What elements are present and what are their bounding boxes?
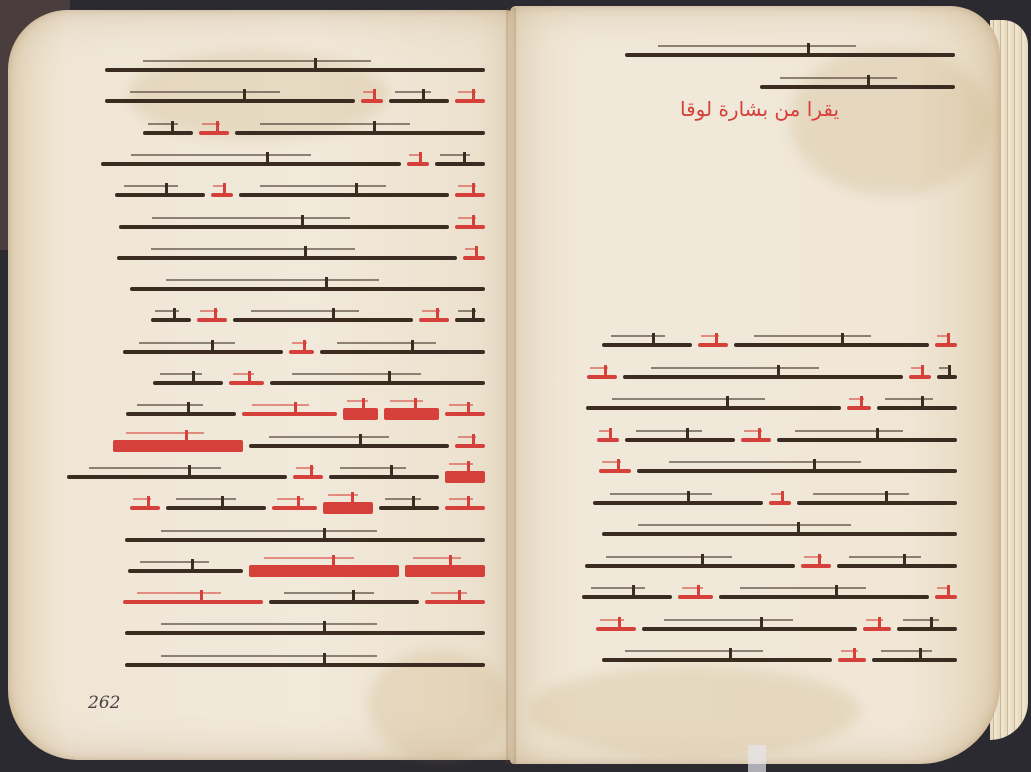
ink-text	[125, 631, 485, 635]
rubric-text	[361, 99, 383, 103]
rubric-text	[587, 375, 617, 379]
rubric-text	[935, 595, 957, 599]
ink-text	[642, 627, 857, 631]
ink-text	[270, 381, 485, 385]
ink-text	[586, 406, 841, 410]
line-text: ܡܐ: ܢܫܡܐ ܕܐܝܠܕ ܐܗܡܥܝܐ ܨܚܘ ܡܒ. ܡܢ	[956, 597, 957, 598]
ink-text	[797, 501, 957, 505]
manuscript-line: ܢܚܐ ܨܚܘ ܣܕ ܚܬܐ. ܡܢ ܡܚܡ. ܐܡܪ ܨܚܘ	[151, 310, 485, 330]
rubric-text	[445, 471, 485, 483]
manuscript-line: ܚ: ܐ: ܘܡܚܕ ܩܠܝܡܬܐ ܐܚܕܪ ܘܡܫܡܗ ܨܚܘ	[587, 367, 957, 387]
folio-number: 262	[88, 693, 120, 713]
ink-text	[582, 595, 672, 599]
rubric-text	[455, 444, 485, 448]
ink-text	[602, 532, 957, 536]
ink-text	[115, 193, 205, 197]
line-text: ܗ: ܩܠܝܡܬܐ ܣܡܘܕܐܡܗ: ܨܚܘ ܕܐ: ܕܡܥܕܢ	[956, 345, 957, 346]
ink-text	[593, 501, 763, 505]
rubric-text	[863, 627, 891, 631]
ink-text	[125, 538, 485, 542]
manuscript-line: ܚܡܐ ܡܚܕܗܣܡܗ. ܨܚܘ ܕ. ܕܐܠܡܗ: ܠ:	[597, 430, 957, 450]
rubric-text	[801, 564, 831, 568]
manuscript-line: ܡܥܕܐ ܚܥܕܡܐ: ܡܕ: ܡܢ ܠܡܨܐ:	[125, 530, 485, 550]
rubric-text	[197, 318, 227, 322]
manuscript-line: ܕ. ܕܐܠܡܗ: ܡܕ: ܘܡܚܕ ܣܡܚܬܐ ܕܗܢܐ.	[602, 650, 957, 670]
ink-text	[125, 663, 485, 667]
manuscript-line: ܨܚܘ ܡܥܕ ܕܡܠܐ. ܚܡܡܗ ܕ: ܚܐܠ ܕܫܬܐ:	[119, 217, 485, 237]
ink-text	[119, 225, 449, 229]
line-text: ܚ: ܐ: ܘܡܚܕ ܩܠܝܡܬܐ ܐܚܕܪ ܘܡܫܡܗ ܨܚܘ	[956, 376, 957, 377]
rubric-text	[455, 99, 485, 103]
ink-text	[602, 658, 832, 662]
rubric-text	[597, 438, 619, 442]
rubric-text	[909, 375, 931, 379]
rubric-text	[123, 600, 263, 604]
ink-text	[625, 438, 735, 442]
line-text: ܕ: ܕܐܠܡܗ: ܣܐ: ܢܫܡܐ ܐܚܐ ܚܡܝܫܐ. ܘܕܝܢ	[956, 408, 957, 409]
ink-text	[166, 506, 266, 510]
rubric-text	[211, 193, 233, 197]
manuscript-line: ܢܫܐ ܠܚܘܬܗܘܢ. ܣܢܡ ܚܡܕ ܚܡܣܡ ܚܒ.	[625, 45, 955, 65]
manuscript-line: ܐܗܡܠܥܡܗ. ܨܚܘ ܥܕܡܐ. ܕ. ܡ ܠܡܨܐ:	[585, 556, 957, 576]
rubric-text	[455, 225, 485, 229]
ink-text	[123, 350, 283, 354]
rubric-text	[407, 162, 429, 166]
manuscript-line: ܥܕܡܐ. ܡܐ. ܡܢ ܠܡܨܐ: ܣܐ: ܡܩܕܘܐ ܘܐܫܡܥܘ.	[123, 342, 485, 362]
rubric-text	[741, 438, 771, 442]
ink-text	[329, 475, 439, 479]
ink-text	[435, 162, 485, 166]
manuscript-line: ܣܐܡܕܠ: ܡܕ: ܩܠܝܡܬܐ ܐܗܡܕܕܡ ܨܚܘ	[596, 619, 957, 639]
ink-text	[105, 68, 485, 72]
water-stain	[530, 666, 860, 756]
rubric-text	[323, 502, 373, 514]
ink-text	[625, 53, 955, 57]
line-text: ܥܕܡܐ. ܡܐ. ܡܢ ܠܡܨܐ: ܣܐ: ܡܩܕܘܐ ܘܐܫܡܥܘ.	[484, 351, 485, 352]
line-text: ܐܗܡܠܥܡܗ. ܨܚܘ ܥܕܡܐ. ܕ. ܡ ܠܡܨܐ:	[956, 565, 957, 566]
manuscript-line: ܡܨܘ ܥܕܡܐ ܟ: ܕܨܕܡ ܡܠܐ ܡܥܕ:	[126, 404, 485, 424]
rubric-text	[847, 406, 871, 410]
ink-text	[937, 375, 957, 379]
ink-text	[67, 475, 287, 479]
rubric-text	[445, 412, 485, 416]
line-text: ܡܐ: ܕܢܫܡܐ ܘܚܡܕܝܐ ܘܡܥܒܕܗ ܡܫܡܢ. ܘܐܠܝ	[484, 257, 485, 258]
rubric-text	[599, 469, 631, 473]
line-text: ܐܠܡܗ: ܡܗ: ܩܠܝܡܬܐ ܘܡܫܡܘܐ ܐܠܗܐ ܐܝܟ ܡܘܫܐ.	[484, 163, 485, 164]
manuscript-line: ܐܘܪܗܝܐ ܠܡܫܟܐ. ܘܐܫܠܡ ܠܡܫܟܐ. ܘܡܬܩܪܝܢ.	[105, 60, 485, 80]
rubric-text	[272, 506, 317, 510]
line-text: ܥܕܡܐ. ܗ. ܡܢ ܠܡܨܐ: ܡܐ: ܡܩܕܘܐ ܚܡܫܐ.	[956, 502, 957, 503]
line-text: ܣܒ ܚܬܚܕ ܟ: ܘܐܬܩܠܐ:	[484, 570, 485, 571]
ink-text	[153, 381, 223, 385]
manuscript-line: ܘܐܦ ܚܡܕܐܣܗ. ܘܐܚܕ ܐܚܡܗ. ܘܢܫܡܐ	[602, 524, 957, 544]
ink-text	[760, 85, 955, 89]
manuscript-line: ܗ: ܩܠܝܡܬܐ ܣܡܘܕܐܡܗ: ܨܚܘ ܕܐ: ܕܡܥܕܢ	[602, 335, 957, 355]
line-text: ܘܡܠܡܘܗ ܡܬܩܪܝܢ: ܨܚܘ ܡܒ: ܚܣܡܢ	[484, 383, 485, 384]
rubric-text	[113, 440, 243, 452]
ink-text	[269, 600, 419, 604]
rubric-text	[130, 506, 160, 510]
manuscript-line: ܚܐܐ ܘܐܠܥܕܡܗ ܘܡܠܡܕ ܡܚܣܢܐ.	[125, 623, 485, 643]
manuscript-line: ܐܠܡܗ: ܡܗ: ܩܠܝܡܬܐ ܘܡܫܡܘܐ ܐܠܗܐ ܐܝܟ ܡܘܫܐ.	[101, 154, 485, 174]
ink-text	[130, 287, 485, 291]
rubric-text	[343, 408, 378, 420]
rubric-text	[698, 343, 728, 347]
manuscript-line: ܬܠܬܐ ܢܫܡܐ ܡܚܕܐ ܘܡܥܠܡܐ. ܘܕܝܠܗ	[130, 279, 485, 299]
ink-text	[105, 99, 355, 103]
line-text: ܨܚܘ ܥܕܡܐ. ܡܐ. ܡܢ ܠܡܨܐ: ܣܒܚܘ	[484, 445, 485, 446]
ink-text	[126, 412, 236, 416]
ink-text	[837, 564, 957, 568]
rubric-text	[229, 381, 264, 385]
ink-text	[777, 438, 957, 442]
line-text: ܡܨܘ ܥܕܡܐ ܟ: ܕܨܕܡ ܡܠܐ ܡܥܕ:	[484, 414, 485, 415]
line-text: ܘܨܕܡ ܚܐܕܐ ܘܚܡܢ ܡܠܐ ܡܥܕ ܡܢ ܡܡܗܐ:	[484, 602, 485, 603]
paper-tab	[748, 745, 766, 772]
rubric-text	[384, 408, 439, 420]
line-text: ܚܡܐ ܡܚܕܗܣܡܗ. ܨܚܘ ܕ. ܕܐܠܡܗ: ܠ:	[956, 439, 957, 440]
rubric-text	[935, 343, 957, 347]
manuscript-line: ܟ: ܘܨܕܡ ܡܠܐ: ܨܚܘ ܣܕ ܚܬܐ. ܡܐ. ܡܢ ܠܡܨܐ	[67, 467, 485, 487]
line-text: ܢܚܐ ܨܚܘ ܣܕ ܚܬܐ. ܡܢ ܡܚܡ. ܐܡܪ ܨܚܘ	[484, 320, 485, 321]
ink-text	[877, 406, 957, 410]
manuscript-line: ܨܚܘ ܥܕܡܐ. ܡܐ. ܡܢ ܠܡܨܐ: ܣܒܚܘ	[113, 436, 485, 456]
manuscript-line: ܡܨܘ ܥܕܡܐ ܟ: ܘܨܕܡ ܚܡܢ ܡܠܐ ܨܚܘ	[130, 498, 485, 518]
ink-text	[101, 162, 401, 166]
water-stain	[790, 46, 990, 196]
manuscript-line: ܣܒ ܚܬܚܕ ܟ: ܘܐܬܩܠܐ:	[128, 561, 485, 581]
rubric-text	[289, 350, 314, 354]
ink-text	[734, 343, 929, 347]
rubric-text	[419, 318, 449, 322]
rubric-text	[769, 501, 791, 505]
line-text: ܘܡܕܝܢܐ ܦܠܝܫܝܢ. ܘܝܚܐ ܕܐ. ܨܚܘ ܚܘ. ܡ	[484, 132, 485, 133]
manuscript-line: ܕܠܗ ܘܫܝܐ ܐܕܡܫܐ ܚܡܠܕܐ ܐܠܗܐ: ܨܚܘ	[599, 461, 957, 481]
line-text: ܕ. ܕܐܠܡܗ: ܡܕ: ܘܡܚܕ ܣܡܚܬܐ ܕܗܢܐ.	[956, 660, 957, 661]
manuscript-line: ܡܐ: ܕܢܫܡܐ ܘܚܡܕܝܐ ܘܡܥܒܕܗ ܡܫܡܢ. ܘܐܠܝ	[117, 248, 485, 268]
line-text: ܚܕܗ ܘܘܡܕ. ܚܕܗ ܘܐܚܕܗܡ. ܐܚܕܗܡ	[484, 664, 485, 665]
manuscript-line: ܡܐ: ܢܫܡܐ ܕܐܝܠܕ ܐܗܡܥܝܐ ܨܚܘ ܡܒ. ܡܢ	[582, 587, 957, 607]
manuscript-line: ܚܕܗ ܘܘܡܕ. ܚܕܗ ܘܐܚܕܗܡ. ܐܚܕܗܡ	[125, 655, 485, 675]
rubric-text	[463, 256, 485, 260]
line-text: ܘܡܚܬܠܡ ܡܬܠܐ ܚܒ:	[954, 87, 955, 88]
manuscript-line: ܨܚܘ ܕ. ܕܐܠܡܗ: ܡܒ: ܠܡܕܝܢܬܐ. ܘܐܬܡܠܝ	[105, 91, 485, 111]
ink-text	[320, 350, 485, 354]
manuscript-line: ܘܨܕܡ ܚܐܕܐ ܘܚܡܢ ܡܠܐ ܡܥܕ ܡܢ ܡܡܗܐ:	[123, 592, 485, 612]
book-gutter	[506, 8, 516, 764]
arabic-rubric-heading: يقرا من بشارة لوقا	[680, 97, 839, 121]
rubric-text	[678, 595, 713, 599]
line-text: ܨܚܘ ܕ. ܕܐܠܡܗ: ܡܒ: ܠܡܕܝܢܬܐ. ܘܐܬܡܠܝ	[484, 101, 485, 102]
ink-text	[249, 444, 449, 448]
ink-text	[585, 564, 795, 568]
rubric-text	[445, 506, 485, 510]
ink-text	[128, 569, 243, 573]
rubric-text	[405, 565, 485, 577]
manuscript-line: ܘܡܕܝܢܐ ܦܠܝܫܝܢ. ܘܝܚܐ ܕܐ. ܨܚܘ ܚܘ. ܡ	[143, 123, 485, 143]
line-text: ܐܘܪܗܝܐ ܠܡܫܟܐ. ܘܐܫܠܡ ܠܡܫܟܐ. ܘܡܬܩܪܝܢ.	[484, 70, 485, 71]
rubric-text	[838, 658, 866, 662]
line-text: ܡܥܕܐ ܚܥܕܡܐ: ܡܕ: ܡܢ ܠܡܨܐ:	[484, 539, 485, 540]
manuscript-line: ܘܡܠܡܘܗ ܡܬܩܪܝܢ: ܨܚܘ ܡܒ: ܚܣܡܢ	[153, 373, 485, 393]
ink-text	[143, 131, 193, 135]
line-text: ܣܐܡܕܠ: ܡܕ: ܩܠܝܡܬܐ ܐܗܡܕܕܡ ܨܚܘ	[956, 628, 957, 629]
ink-text	[379, 506, 439, 510]
ink-text	[897, 627, 957, 631]
line-text: ܕܠܗ ܘܫܝܐ ܐܕܡܫܐ ܚܡܠܕܐ ܐܠܗܐ: ܨܚܘ	[956, 471, 957, 472]
ink-text	[235, 131, 485, 135]
line-text: ܢܫܐ ܠܚܘܬܗܘܢ. ܣܢܡ ܚܡܕ ܚܡܣܡ ܚܒ.	[954, 55, 955, 56]
manuscript-line: ܕ: ܕܐܠܡܗ: ܣܐ: ܢܫܡܐ ܐܚܐ ܚܡܝܫܐ. ܘܕܝܢ	[586, 398, 957, 418]
ink-text	[151, 318, 191, 322]
line-text: ܬܠܬܐ ܢܫܡܐ ܡܚܕܐ ܘܡܥܠܡܐ. ܘܕܝܠܗ	[484, 289, 485, 290]
line-text: ܚܐܐ ܘܐܠܥܕܡܗ ܘܡܠܡܕ ܡܚܣܢܐ.	[484, 633, 485, 634]
rubric-text	[249, 565, 399, 577]
line-text: ܘܐܦ ܚܡܕܐܣܗ. ܘܐܚܕ ܐܚܡܗ. ܘܢܫܡܐ	[956, 534, 957, 535]
ink-text	[719, 595, 929, 599]
rubric-text	[293, 475, 323, 479]
manuscript-line: ܨܚܘ ܥܕܡܐ. ܡܐ. ܡܢ ܠܡܨܐ: ܡܗ: ܢܚܐ ܢܚܡ.	[115, 185, 485, 205]
ink-text	[239, 193, 449, 197]
line-text: ܟ: ܘܨܕܡ ܡܠܐ: ܨܚܘ ܣܕ ܚܬܐ. ܡܐ. ܡܢ ܠܡܨܐ	[484, 476, 485, 477]
ink-text	[623, 375, 903, 379]
rubric-text	[455, 193, 485, 197]
line-text: ܡܨܘ ܥܕܡܐ ܟ: ܘܨܕܡ ܚܡܢ ܡܠܐ ܨܚܘ	[484, 508, 485, 509]
manuscript-line: ܥܕܡܐ. ܗ. ܡܢ ܠܡܨܐ: ܡܐ: ܡܩܕܘܐ ܚܡܫܐ.	[593, 493, 957, 513]
manuscript-line: ܘܡܚܬܠܡ ܡܬܠܐ ܚܒ:	[760, 77, 955, 97]
rubric-text	[425, 600, 485, 604]
ink-text	[637, 469, 957, 473]
rubric-text	[596, 627, 636, 631]
line-text: ܨܚܘ ܡܥܕ ܕܡܠܐ. ܚܡܡܗ ܕ: ܚܐܠ ܕܫܬܐ:	[484, 226, 485, 227]
ink-text	[872, 658, 957, 662]
line-text: ܨܚܘ ܥܕܡܐ. ܡܐ. ܡܢ ܠܡܨܐ: ܡܗ: ܢܚܐ ܢܚܡ.	[484, 195, 485, 196]
rubric-text	[199, 131, 229, 135]
ink-text	[233, 318, 413, 322]
ink-text	[602, 343, 692, 347]
ink-text	[455, 318, 485, 322]
ink-text	[117, 256, 457, 260]
ink-text	[389, 99, 449, 103]
rubric-text	[242, 412, 337, 416]
